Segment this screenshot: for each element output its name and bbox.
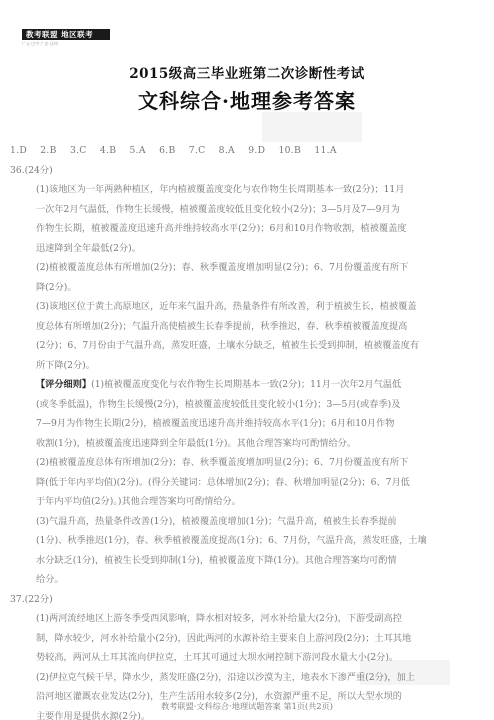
answer-line: 一次年2月气温低，作物生长缓慢，植被覆盖度较低且变化较小(2分)；3—5月及7—… (36, 200, 464, 220)
mc-answer: 3.C (70, 145, 87, 156)
mc-answer: 1.D (10, 145, 27, 156)
answer-line: 作物生长期，植被覆盖度迅速升高并维持较高水平(2分)；6月和10月作物收割，植被… (36, 219, 464, 239)
rules-line: 于年内平均值(2分)。)其他合理答案均可酌情给分。 (36, 492, 464, 512)
answer-line: 度总体有所增加(2分)；气温升高使植被生长春季提前，秋季推迟，春、秋季植被覆盖度… (36, 317, 464, 337)
multiple-choice-answers: 1.D 2.B 3.C 4.B 5.A 6.B 7.C 8.A 9.D 10.B… (10, 141, 464, 161)
question-37-heading: 37.(22分) (10, 590, 464, 610)
rules-line: 给分。 (36, 570, 464, 590)
rules-line: 水分缺乏(1分)，植被生长受到抑制(1分)，植被覆盖度下降(1分)。其他合理答案… (36, 551, 464, 571)
rules-line: 降(低于年内平均值)(2分)。(得分关键词：总体增加(2分)；春、秋增加明显(2… (36, 473, 464, 493)
mc-answer: 11.A (314, 145, 336, 156)
answer-line: 制，降水较少，河水补给量小(2分)，因此两河的水源补给主要来自上游河段(2分)；… (36, 629, 464, 649)
answer-line: (2)植被覆盖度总体有所增加(2分)；春、秋季覆盖度增加明显(2分)；6、7月份… (36, 258, 464, 278)
answer-line: (3)该地区位于黄土高原地区，近年来气温升高，热量条件有所改善，利于植被生长，植… (36, 297, 464, 317)
rules-line: (2)植被覆盖度总体有所增加(2分)；春、秋季覆盖度增加明显(2分)；6、7月份… (36, 453, 464, 473)
header-subline: 广元·巴中·广安·达州 (22, 41, 112, 46)
rules-text: (1)植被覆盖度变化与农作物生长周期基本一致(2分)；11月一次年2月气温低 (91, 379, 401, 390)
answer-line: 势较高，两河从土耳其流向伊拉克，土耳其可通过大坝水闸控制下游河段水量大小(2分)… (36, 648, 464, 668)
answer-line: 迅速降到全年最低(2分)。 (36, 239, 464, 259)
header-badge: 教考联盟 地区联考 (22, 29, 110, 40)
mc-answer: 4.B (100, 145, 116, 156)
mc-answer: 2.B (40, 145, 56, 156)
mc-answer: 9.D (248, 145, 265, 156)
question-36-heading: 36.(24分) (10, 161, 464, 181)
mc-answer: 7.C (189, 145, 206, 156)
mc-answer: 8.A (219, 145, 235, 156)
answer-line: (2)伊拉克气候干旱，降水少，蒸发旺盛(2分)，沿途以沙漠为主，地表水下渗严重(… (36, 668, 464, 688)
rules-line: (或冬季低温)，作物生长缓慢(2分)，植被覆盖度较低且变化较小(1分)；3—5月… (36, 395, 464, 415)
page-footer: 教考联盟·文科综合·地理试题答案 第1页(共2页) (0, 701, 494, 712)
mc-answer: 10.B (279, 145, 302, 156)
answer-line: 所下降(2分)。 (36, 356, 464, 376)
mc-answer: 6.B (159, 145, 175, 156)
mc-answer: 5.A (130, 145, 146, 156)
scoring-rules-line: 【评分细则】(1)植被覆盖度变化与农作物生长周期基本一致(2分)；11月一次年2… (36, 375, 464, 395)
rules-line: (3)气温升高，热量条件改善(1分)，植被覆盖度增加(1分)；气温升高，植被生长… (36, 512, 464, 532)
exam-title: 2015级高三毕业班第二次诊断性考试 (0, 62, 494, 82)
document-title: 文科综合·地理参考答案 (0, 85, 494, 114)
answer-line: (2分)；6、7月份由于气温升高，蒸发旺盛，土壤水分缺乏，植被生长受到抑制，植被… (36, 336, 464, 356)
scan-smudge (262, 112, 362, 142)
answer-line: (1)两河流经地区上游冬季受西风影响，降水相对较多，河水补给量大(2分)，下游受… (36, 609, 464, 629)
answer-content: 1.D 2.B 3.C 4.B 5.A 6.B 7.C 8.A 9.D 10.B… (36, 141, 464, 720)
answer-line: 降(2分)。 (36, 278, 464, 298)
rules-line: 7—9月为作物生长期(2分)，植被覆盖度迅速升高并维持较高水平(1分)；6月和1… (36, 414, 464, 434)
scoring-rules-label: 【评分细则】 (36, 379, 91, 390)
rules-line: 收割(1分)，植被覆盖度迅速降到全年最低(1分)。其他合理答案均可酌情给分。 (36, 434, 464, 454)
rules-line: (1分)、秋季推迟(1分)，春、秋季植被覆盖度提高(1分)；6、7月份，气温升高… (36, 531, 464, 551)
answer-line: (1)该地区为一年两熟种植区，年内植被覆盖度变化与农作物生长周期基本一致(2分)… (36, 180, 464, 200)
